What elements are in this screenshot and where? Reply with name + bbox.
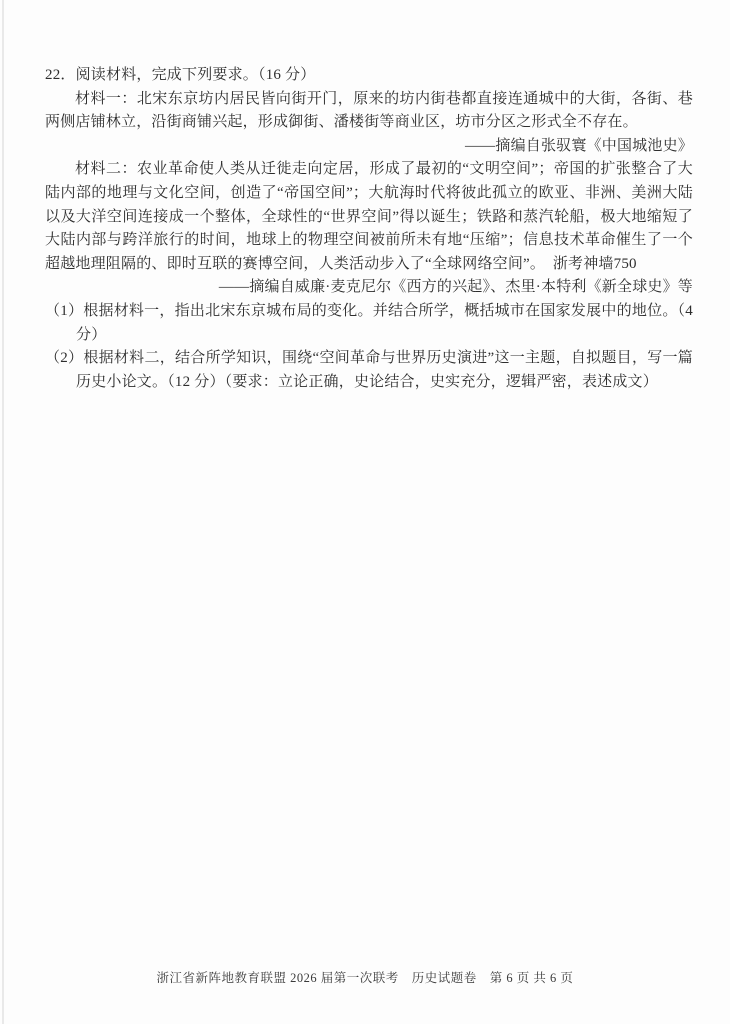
page-scan-edge	[2, 0, 4, 1024]
material-1-paragraph: 材料一：北宋东京坊内居民皆向街开门，原来的坊内街巷都直接连通城中的大街，各街、巷…	[45, 88, 693, 135]
sub-question-2: （2）根据材料二，结合所学知识，围绕“空间革命与世界历史演进”这一主题，自拟题目…	[45, 347, 693, 394]
sub-question-1: （1）根据材料一，指出北宋东京城布局的变化。并结合所学，概括城市在国家发展中的地…	[45, 300, 693, 347]
material-2-paragraph: 材料二：农业革命使人类从迁徙走向定居，形成了最初的“文明空间”；帝国的扩张整合了…	[45, 158, 693, 276]
question-number-line: 22．阅读材料，完成下列要求。（16 分）	[45, 64, 693, 88]
material-2-attribution: ——摘编自威廉·麦克尼尔《西方的兴起》、杰里·本特利《新全球史》等	[45, 276, 693, 300]
page-footer: 浙江省新阵地教育联盟 2026 届第一次联考 历史试题卷 第 6 页 共 6 页	[0, 968, 730, 986]
material-1-attribution: ——摘编自张驭寰《中国城池史》	[45, 135, 693, 159]
exam-paper-page: 22．阅读材料，完成下列要求。（16 分） 材料一：北宋东京坊内居民皆向街开门，…	[0, 0, 730, 1024]
question-22-block: 22．阅读材料，完成下列要求。（16 分） 材料一：北宋东京坊内居民皆向街开门，…	[45, 64, 693, 394]
